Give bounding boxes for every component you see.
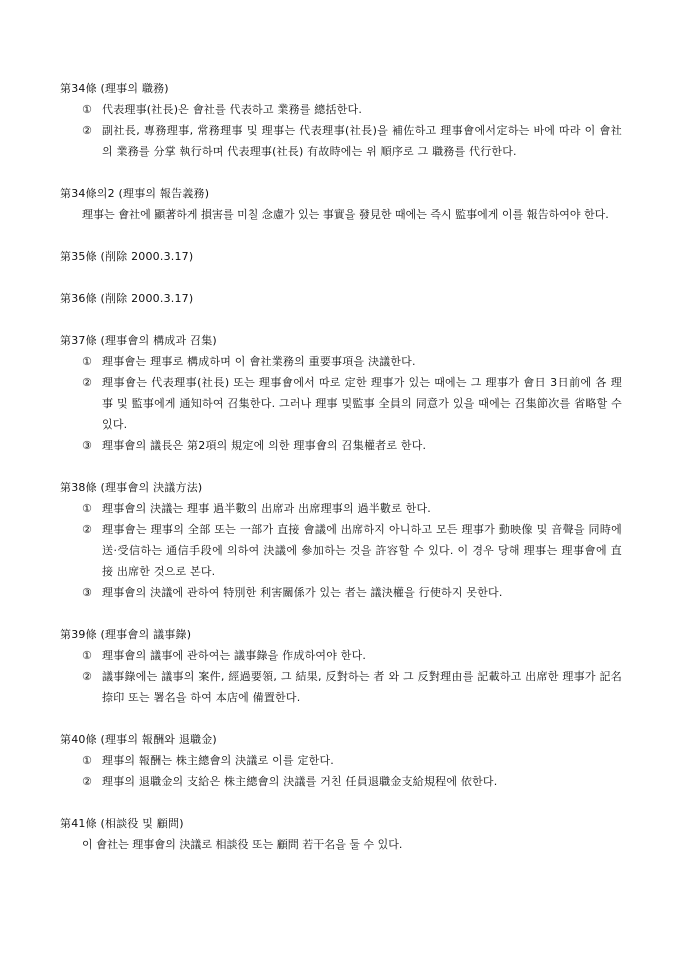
item-number: ② xyxy=(82,666,102,708)
article-item: ① 代表理事(社長)은 會社를 代表하고 業務를 總括한다. xyxy=(60,99,622,120)
article-paragraph: 理事는 會社에 顯著하게 損害를 미칠 念慮가 있는 事實을 發見한 때에는 즉… xyxy=(60,204,622,225)
article-heading: 第39條 (理事會의 議事錄) xyxy=(60,624,622,645)
item-number: ① xyxy=(82,99,102,120)
item-text: 理事會는 理事의 全部 또는 一部가 直接 會議에 出席하지 아니하고 모든 理… xyxy=(102,519,622,582)
article-heading: 第34條의2 (理事의 報告義務) xyxy=(60,183,622,204)
article-item: ② 理事會는 代表理事(社長) 또는 理事會에서 따로 定한 理事가 있는 때에… xyxy=(60,372,622,435)
article-40: 第40條 (理事의 報酬와 退職金) ① 理事의 報酬는 株主總會의 決議로 이… xyxy=(60,729,622,792)
item-number: ① xyxy=(82,351,102,372)
item-number: ① xyxy=(82,498,102,519)
article-item: ① 理事會의 決議는 理事 過半數의 出席과 出席理事의 過半數로 한다. xyxy=(60,498,622,519)
item-text: 理事會의 議事에 관하여는 議事錄을 作成하여야 한다. xyxy=(102,645,366,666)
item-text: 理事의 報酬는 株主總會의 決議로 이를 定한다. xyxy=(102,750,334,771)
document-page: 第34條 (理事의 職務) ① 代表理事(社長)은 會社를 代表하고 業務를 總… xyxy=(60,78,622,876)
article-36: 第36條 (削除 2000.3.17) xyxy=(60,288,622,309)
article-item: ② 議事錄에는 議事의 案件, 經過要領, 그 結果, 反對하는 者 와 그 反… xyxy=(60,666,622,708)
article-paragraph: 이 會社는 理事會의 決議로 相談役 또는 顧問 若干名을 둘 수 있다. xyxy=(60,834,622,855)
article-heading: 第36條 (削除 2000.3.17) xyxy=(60,288,622,309)
article-39: 第39條 (理事會의 議事錄) ① 理事會의 議事에 관하여는 議事錄을 作成하… xyxy=(60,624,622,708)
article-item: ② 理事의 退職金의 支給은 株主總會의 決議를 거친 任員退職金支給規程에 依… xyxy=(60,771,622,792)
article-item: ② 理事會는 理事의 全部 또는 一部가 直接 會議에 出席하지 아니하고 모든… xyxy=(60,519,622,582)
item-number: ② xyxy=(82,372,102,435)
item-number: ② xyxy=(82,519,102,582)
article-heading: 第41條 (相談役 및 顧問) xyxy=(60,813,622,834)
article-38: 第38條 (理事會의 決議方法) ① 理事會의 決議는 理事 過半數의 出席과 … xyxy=(60,477,622,603)
item-text: 理事會는 代表理事(社長) 또는 理事會에서 따로 定한 理事가 있는 때에는 … xyxy=(102,372,622,435)
article-heading: 第40條 (理事의 報酬와 退職金) xyxy=(60,729,622,750)
article-item: ③ 理事會의 議長은 第2項의 規定에 의한 理事會의 召集權者로 한다. xyxy=(60,435,622,456)
article-heading: 第37條 (理事會의 構成과 召集) xyxy=(60,330,622,351)
article-35: 第35條 (削除 2000.3.17) xyxy=(60,246,622,267)
item-text: 理事會는 理事로 構成하며 이 會社業務의 重要事項을 決議한다. xyxy=(102,351,416,372)
item-number: ③ xyxy=(82,435,102,456)
article-heading: 第34條 (理事의 職務) xyxy=(60,78,622,99)
item-number: ① xyxy=(82,750,102,771)
item-text: 代表理事(社長)은 會社를 代表하고 業務를 總括한다. xyxy=(102,99,362,120)
article-heading: 第35條 (削除 2000.3.17) xyxy=(60,246,622,267)
item-number: ① xyxy=(82,645,102,666)
article-37: 第37條 (理事會의 構成과 召集) ① 理事會는 理事로 構成하며 이 會社業… xyxy=(60,330,622,456)
item-number: ② xyxy=(82,771,102,792)
article-34-2: 第34條의2 (理事의 報告義務) 理事는 會社에 顯著하게 損害를 미칠 念慮… xyxy=(60,183,622,225)
item-text: 議事錄에는 議事의 案件, 經過要領, 그 結果, 反對하는 者 와 그 反對理… xyxy=(102,666,622,708)
item-number: ③ xyxy=(82,582,102,603)
item-text: 理事會의 議長은 第2項의 規定에 의한 理事會의 召集權者로 한다. xyxy=(102,435,426,456)
item-text: 副社長, 專務理事, 常務理事 및 理事는 代表理事(社長)을 補佐하고 理事會… xyxy=(102,120,622,162)
article-item: ① 理事의 報酬는 株主總會의 決議로 이를 定한다. xyxy=(60,750,622,771)
article-item: ③ 理事會의 決議에 관하여 特別한 利害關係가 있는 者는 議決權을 行使하지… xyxy=(60,582,622,603)
item-text: 理事의 退職金의 支給은 株主總會의 決議를 거친 任員退職金支給規程에 依한다… xyxy=(102,771,497,792)
article-41: 第41條 (相談役 및 顧問) 이 會社는 理事會의 決議로 相談役 또는 顧問… xyxy=(60,813,622,855)
item-number: ② xyxy=(82,120,102,162)
article-34: 第34條 (理事의 職務) ① 代表理事(社長)은 會社를 代表하고 業務를 總… xyxy=(60,78,622,162)
article-item: ① 理事會의 議事에 관하여는 議事錄을 作成하여야 한다. xyxy=(60,645,622,666)
item-text: 理事會의 決議는 理事 過半數의 出席과 出席理事의 過半數로 한다. xyxy=(102,498,431,519)
article-item: ① 理事會는 理事로 構成하며 이 會社業務의 重要事項을 決議한다. xyxy=(60,351,622,372)
article-item: ② 副社長, 專務理事, 常務理事 및 理事는 代表理事(社長)을 補佐하고 理… xyxy=(60,120,622,162)
article-heading: 第38條 (理事會의 決議方法) xyxy=(60,477,622,498)
item-text: 理事會의 決議에 관하여 特別한 利害關係가 있는 者는 議決權을 行使하지 못… xyxy=(102,582,503,603)
